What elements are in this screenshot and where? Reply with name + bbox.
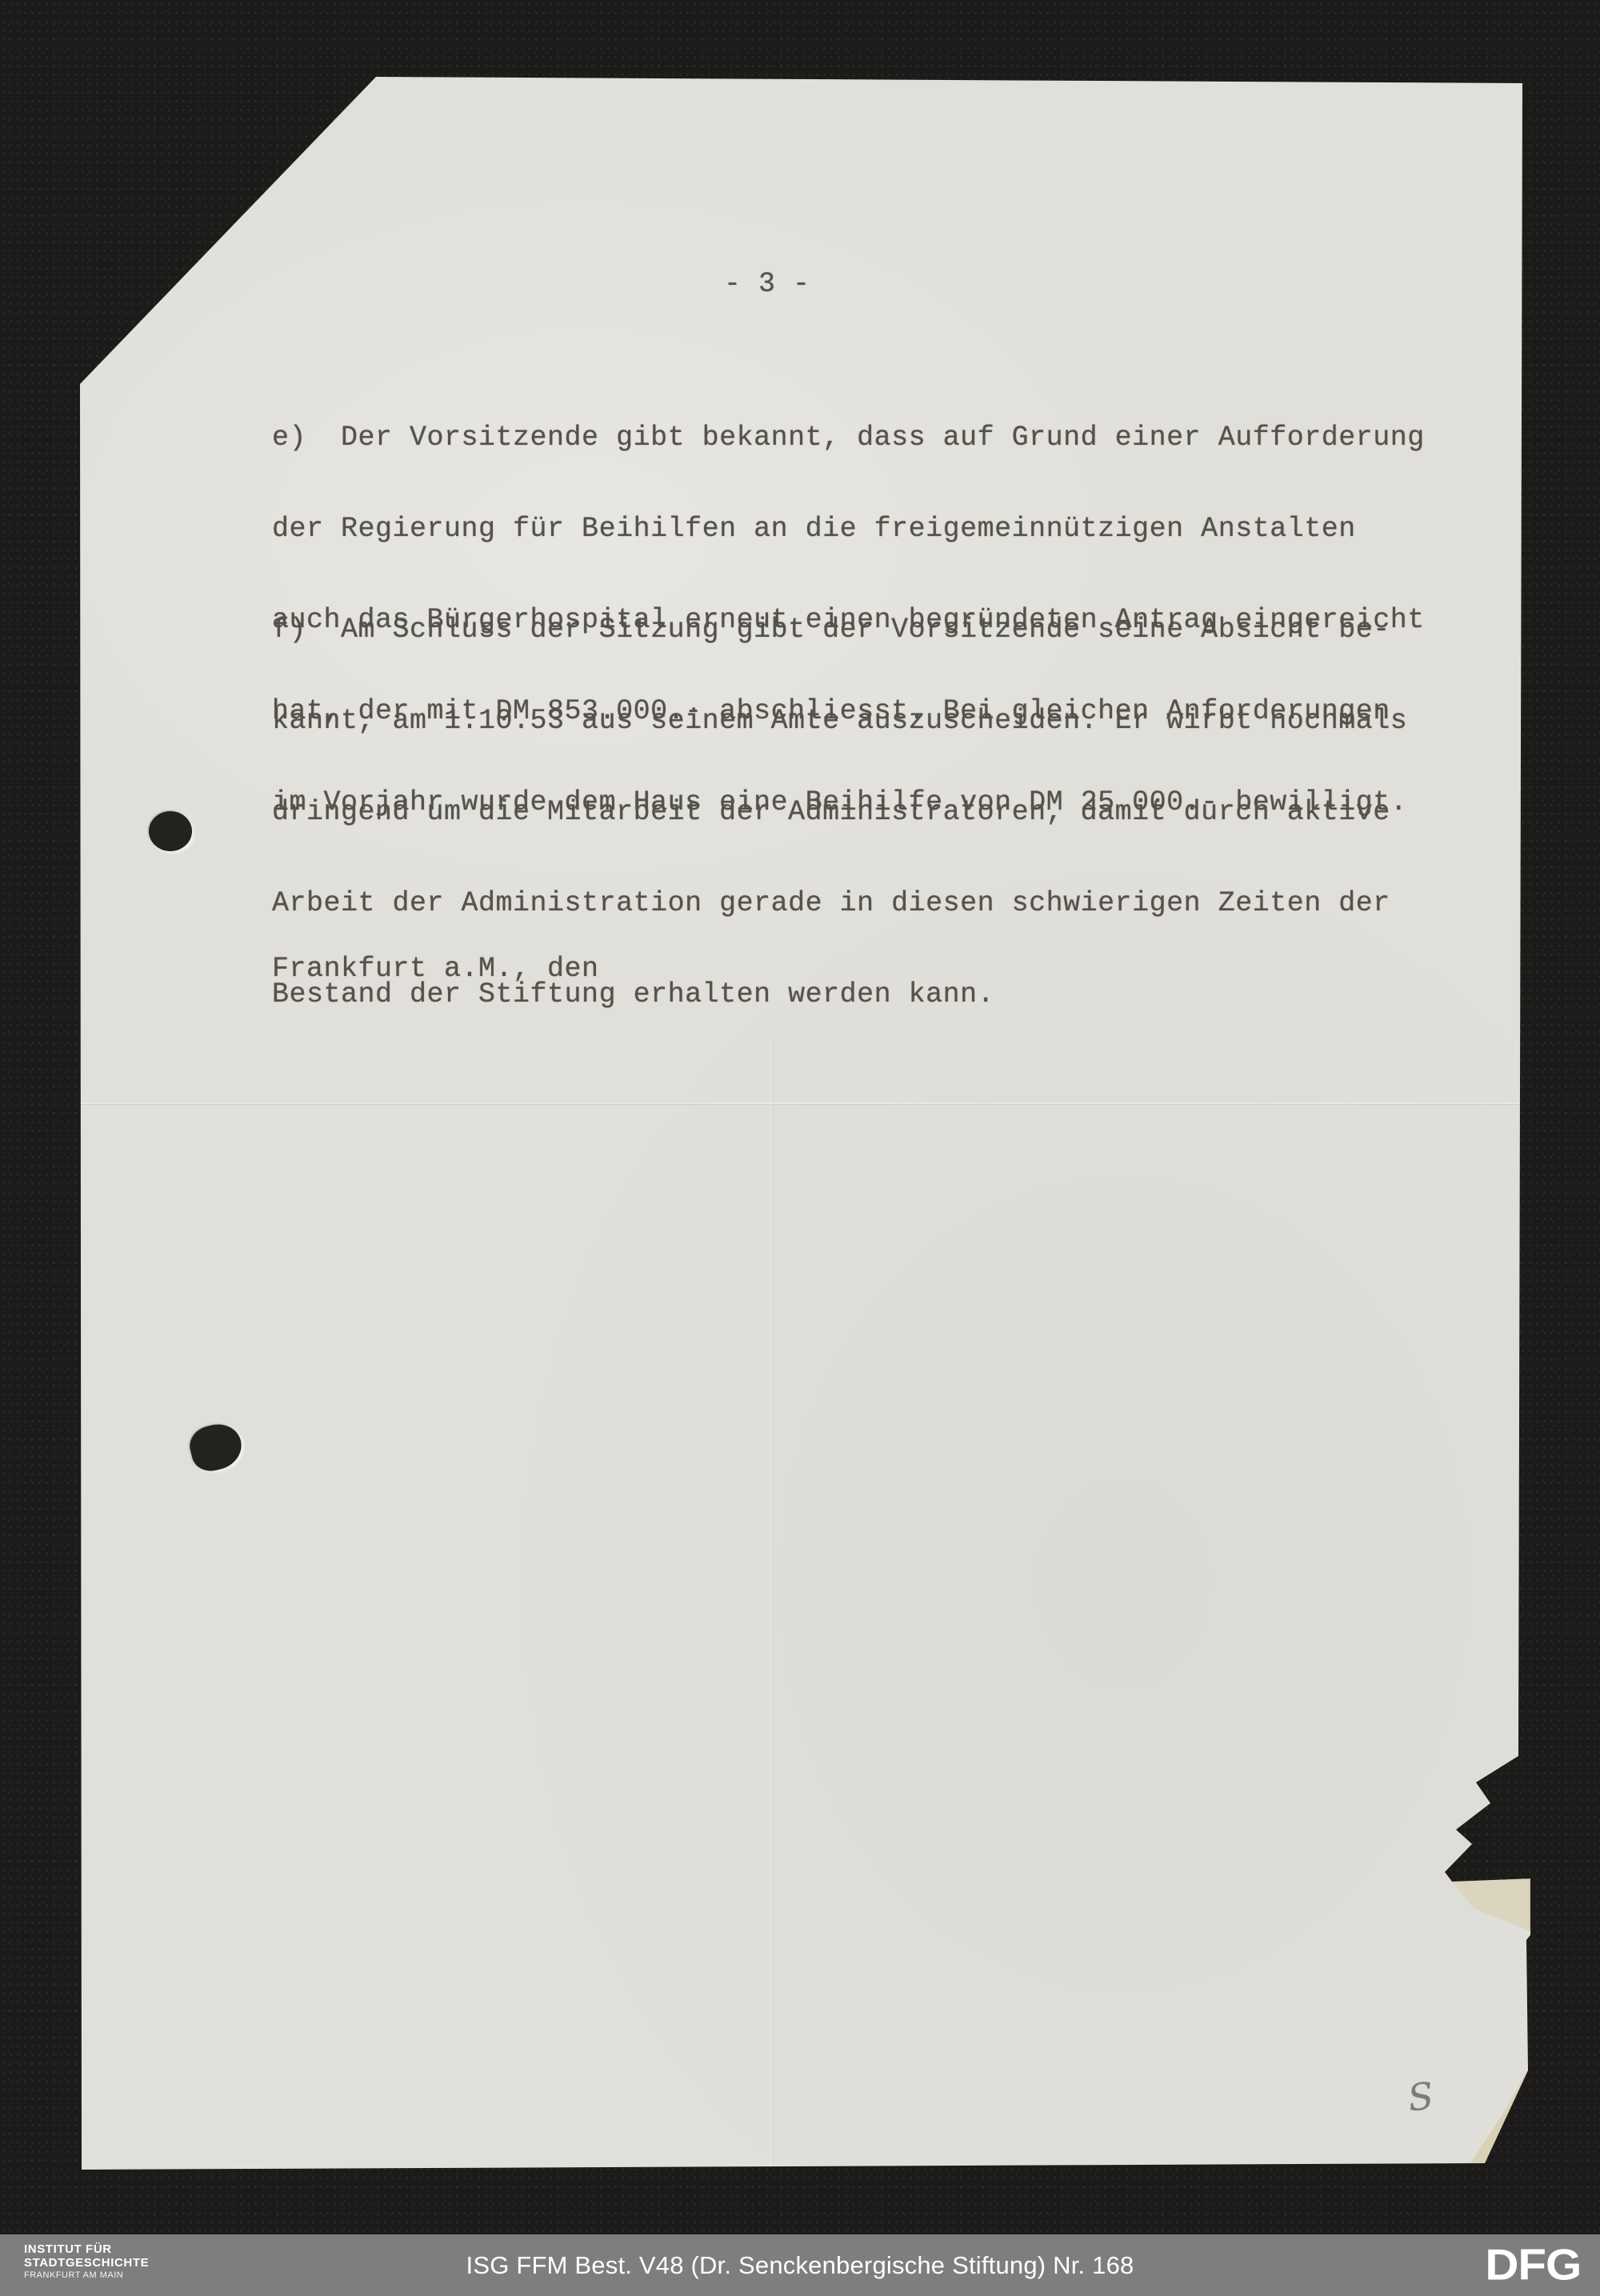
text-line: dringend um die Mitarbeit der Administra… (272, 797, 1407, 827)
text-line: kannt, am 1.10.53 aus seinem Amte auszus… (272, 706, 1407, 736)
punch-hole (149, 811, 192, 851)
document-page: - 3 - e) Der Vorsitzende gibt bekannt, d… (78, 77, 1530, 2170)
horizontal-fold-crease (78, 1102, 1530, 1104)
archive-reference: ISG FFM Best. V48 (Dr. Senckenbergische … (0, 2252, 1600, 2279)
dateline: Frankfurt a.M., den (272, 954, 599, 984)
text-line: der Regierung für Beihilfen an die freig… (272, 514, 1425, 544)
handwritten-annotation: S (1406, 2074, 1436, 2119)
text-line: Arbeit der Administration gerade in dies… (272, 888, 1407, 918)
text-line: f) Am Schluss der Sitzung gibt der Vorsi… (272, 614, 1407, 645)
vertical-fold-crease (770, 1037, 772, 2170)
punch-hole (186, 1419, 246, 1475)
dfg-logo: DFG (1485, 2243, 1581, 2287)
archive-footer-bar: INSTITUT FÜR STADTGESCHICHTE FRANKFURT A… (0, 2234, 1600, 2296)
page-number: - 3 - (724, 269, 810, 299)
text-line: e) Der Vorsitzende gibt bekannt, dass au… (272, 422, 1425, 453)
paragraph-f: f) Am Schluss der Sitzung gibt der Vorsi… (272, 554, 1407, 1070)
